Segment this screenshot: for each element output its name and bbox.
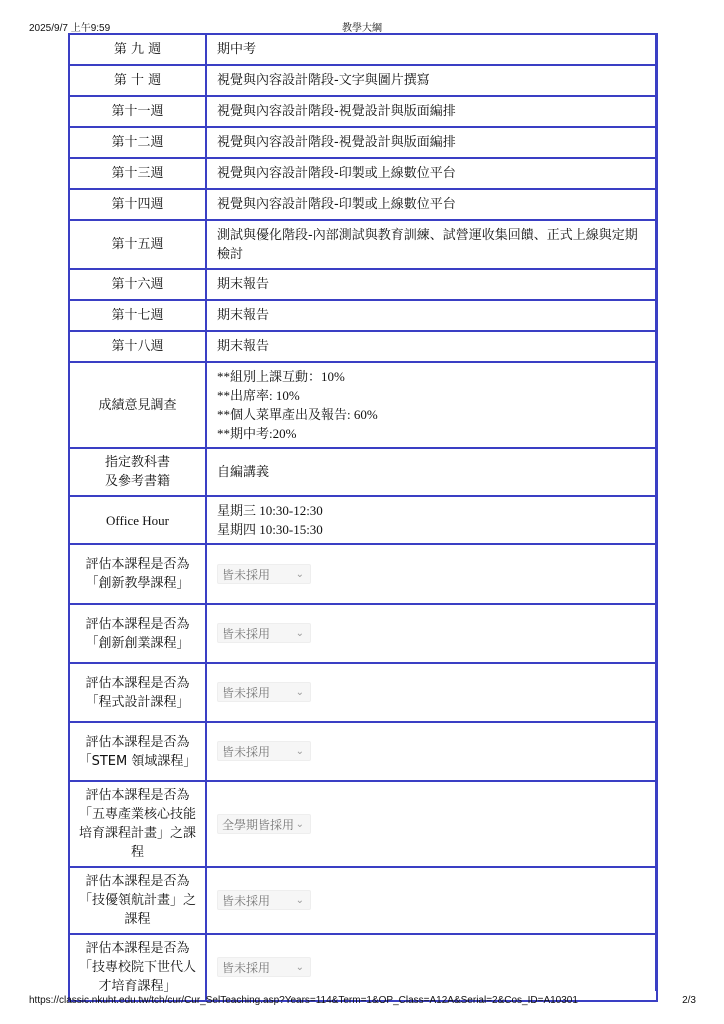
table-row: 第 九 週期中考 — [69, 34, 657, 65]
page-number: 2/3 — [682, 995, 696, 1006]
chevron-down-icon: ⌄ — [296, 815, 304, 835]
assessment-select[interactable]: 皆未採用⌄ — [217, 741, 311, 761]
textbook-content: 自編講義 — [206, 448, 657, 496]
textbook-label-line: 指定教科書 — [74, 453, 201, 472]
table-row: 第十三週視覺與內容設計階段-印製或上線數位平台 — [69, 158, 657, 189]
grading-label: 成績意見調查 — [69, 362, 206, 448]
syllabus-table: 第 九 週期中考 第 十 週視覺與內容設計階段-文字與圖片撰寫 第十一週視覺與內… — [68, 33, 658, 1002]
select-value: 皆未採用 — [222, 745, 270, 759]
week-content: 測試與優化階段-內部測試與教育訓練、試營運收集回饋、正式上線與定期檢討 — [206, 220, 657, 269]
assessment-label: 評估本課程是否為「創新創業課程」 — [69, 604, 206, 663]
select-value: 皆未採用 — [222, 627, 270, 641]
assessment-row: 評估本課程是否為「創新教學課程」 皆未採用⌄ — [69, 544, 657, 604]
week-content: 期末報告 — [206, 269, 657, 300]
table-row: 第十六週期末報告 — [69, 269, 657, 300]
table-row: 第十七週期末報告 — [69, 300, 657, 331]
assessment-label: 評估本課程是否為「STEM 領域課程」 — [69, 722, 206, 781]
week-label: 第十八週 — [69, 331, 206, 362]
table-row: 第十二週視覺與內容設計階段-視覺設計與版面編排 — [69, 127, 657, 158]
assessment-row: 評估本課程是否為「技專校院下世代人才培育課程」 皆未採用⌄ — [69, 934, 657, 1001]
assessment-select[interactable]: 皆未採用⌄ — [217, 890, 311, 910]
week-content: 期中考 — [206, 34, 657, 65]
office-hour-line: 星期三 10:30-12:30 — [217, 501, 646, 520]
print-url: https://classic.nkuht.edu.tw/tch/cur/Cur… — [29, 995, 578, 1006]
week-content: 期末報告 — [206, 300, 657, 331]
chevron-down-icon: ⌄ — [296, 891, 304, 911]
assessment-label: 評估本課程是否為「技專校院下世代人才培育課程」 — [69, 934, 206, 1001]
table-row: 第十四週視覺與內容設計階段-印製或上線數位平台 — [69, 189, 657, 220]
chevron-down-icon: ⌄ — [296, 624, 304, 644]
assessment-select[interactable]: 皆未採用⌄ — [217, 623, 311, 643]
chevron-down-icon: ⌄ — [296, 742, 304, 762]
table-row: 第 十 週視覺與內容設計階段-文字與圖片撰寫 — [69, 65, 657, 96]
office-hour-label: Office Hour — [69, 496, 206, 544]
assessment-label: 評估本課程是否為「五專產業核心技能培育課程計畫」之課程 — [69, 781, 206, 867]
assessment-row: 評估本課程是否為「程式設計課程」 皆未採用⌄ — [69, 663, 657, 722]
week-label: 第十一週 — [69, 96, 206, 127]
week-content: 視覺與內容設計階段-文字與圖片撰寫 — [206, 65, 657, 96]
assessment-select[interactable]: 皆未採用⌄ — [217, 682, 311, 702]
assessment-select[interactable]: 皆未採用⌄ — [217, 564, 311, 584]
grading-line: **出席率: 10% — [217, 386, 646, 405]
week-label: 第十六週 — [69, 269, 206, 300]
assessment-select[interactable]: 全學期皆採用⌄ — [217, 814, 311, 834]
select-value: 皆未採用 — [222, 568, 270, 582]
week-label: 第 十 週 — [69, 65, 206, 96]
week-content: 視覺與內容設計階段-視覺設計與版面編排 — [206, 96, 657, 127]
table-row: 第十一週視覺與內容設計階段-視覺設計與版面編排 — [69, 96, 657, 127]
chevron-down-icon: ⌄ — [296, 565, 304, 585]
assessment-select[interactable]: 皆未採用⌄ — [217, 957, 311, 977]
office-hour-line: 星期四 10:30-15:30 — [217, 520, 646, 539]
select-value: 皆未採用 — [222, 686, 270, 700]
select-value: 皆未採用 — [222, 894, 270, 908]
chevron-down-icon: ⌄ — [296, 683, 304, 703]
week-label: 第十五週 — [69, 220, 206, 269]
textbook-label-line: 及參考書籍 — [74, 472, 201, 491]
week-label: 第十四週 — [69, 189, 206, 220]
grading-row: 成績意見調查 **組別上課互動：10% **出席率: 10% **個人菜單產出及… — [69, 362, 657, 448]
assessment-row: 評估本課程是否為「創新創業課程」 皆未採用⌄ — [69, 604, 657, 663]
office-hour-content: 星期三 10:30-12:30 星期四 10:30-15:30 — [206, 496, 657, 544]
table-row: 第十五週測試與優化階段-內部測試與教育訓練、試營運收集回饋、正式上線與定期檢討 — [69, 220, 657, 269]
week-label: 第十三週 — [69, 158, 206, 189]
week-label: 第十二週 — [69, 127, 206, 158]
assessment-label: 評估本課程是否為「技優領航計畫」之課程 — [69, 867, 206, 934]
assessment-label: 評估本課程是否為「程式設計課程」 — [69, 663, 206, 722]
select-value: 皆未採用 — [222, 961, 270, 975]
grading-line: **組別上課互動：10% — [217, 367, 646, 386]
week-label: 第十七週 — [69, 300, 206, 331]
textbook-label: 指定教科書 及參考書籍 — [69, 448, 206, 496]
grading-line: **個人菜單產出及報告: 60% — [217, 405, 646, 424]
table-row: 第十八週期末報告 — [69, 331, 657, 362]
print-title: 教學大綱 — [0, 19, 724, 34]
office-hour-row: Office Hour 星期三 10:30-12:30 星期四 10:30-15… — [69, 496, 657, 544]
week-content: 視覺與內容設計階段-印製或上線數位平台 — [206, 158, 657, 189]
assessment-row: 評估本課程是否為「五專產業核心技能培育課程計畫」之課程 全學期皆採用⌄ — [69, 781, 657, 867]
assessment-label: 評估本課程是否為「創新教學課程」 — [69, 544, 206, 604]
select-value: 全學期皆採用 — [222, 818, 294, 832]
textbook-row: 指定教科書 及參考書籍 自編講義 — [69, 448, 657, 496]
grading-content: **組別上課互動：10% **出席率: 10% **個人菜單產出及報告: 60%… — [206, 362, 657, 448]
week-content: 期末報告 — [206, 331, 657, 362]
week-content: 視覺與內容設計階段-視覺設計與版面編排 — [206, 127, 657, 158]
assessment-row: 評估本課程是否為「技優領航計畫」之課程 皆未採用⌄ — [69, 867, 657, 934]
grading-line: **期中考:20% — [217, 424, 646, 443]
assessment-row: 評估本課程是否為「STEM 領域課程」 皆未採用⌄ — [69, 722, 657, 781]
chevron-down-icon: ⌄ — [296, 958, 304, 978]
week-content: 視覺與內容設計階段-印製或上線數位平台 — [206, 189, 657, 220]
week-label: 第 九 週 — [69, 34, 206, 65]
